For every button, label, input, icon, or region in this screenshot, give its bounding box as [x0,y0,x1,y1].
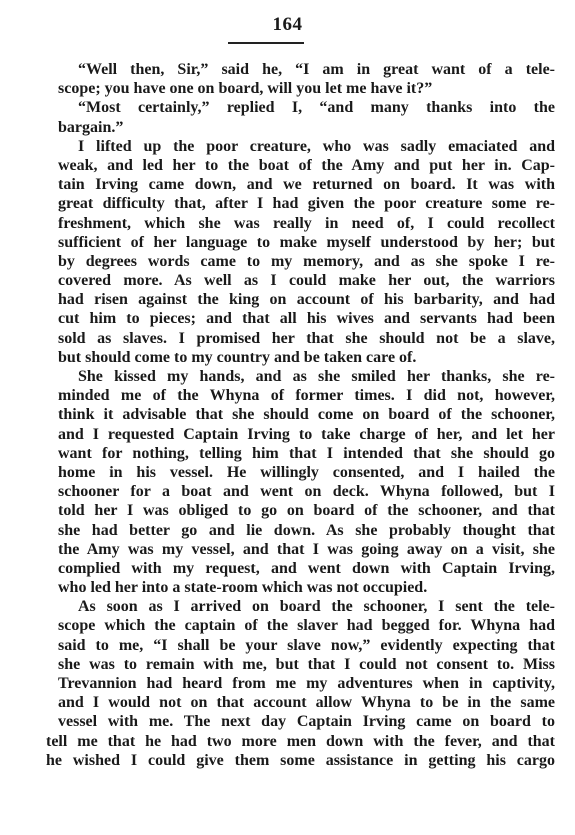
text-line: told her I was obliged to go on board of… [58,501,555,520]
text-line: want for nothing, telling him that I int… [58,444,555,463]
text-line: sold as slaves. I promised her that she … [58,329,555,348]
text-line: Trevannion had heard from me my adventur… [58,674,555,693]
text-line: weak, and led her to the boat of the Amy… [58,156,555,175]
text-line: covered more. As well as I could make he… [58,271,555,290]
text-line: the Amy was my vessel, and that I was go… [58,540,555,559]
text-line: by degrees words came to my memory, and … [58,252,555,271]
text-line: tell me that he had two more men down wi… [46,732,555,751]
text-line: scope which the captain of the slaver ha… [58,616,555,635]
text-line: cut him to pieces; and that all his wive… [58,309,555,328]
text-line: and I would not on that account allow Wh… [58,693,555,712]
text-line: had risen against the king on account of… [58,290,555,309]
text-line: vessel with me. The next day Captain Irv… [58,712,555,731]
text-line: scope; you have one on board, will you l… [58,79,555,98]
text-line: he wished I could give them some assista… [46,751,555,770]
text-line: “Well then, Sir,” said he, “I am in grea… [58,60,555,79]
text-line: think it advisable that she should come … [58,405,555,424]
text-line: said to me, “I shall be your slave now,”… [58,636,555,655]
text-line: and I requested Captain Irving to take c… [58,425,555,444]
text-line: but should come to my country and be tak… [58,348,555,367]
header-rule [228,42,304,44]
text-line: schooner for a boat and went on deck. Wh… [58,482,555,501]
text-line: sufficient of her language to make mysel… [58,233,555,252]
text-line: complied with my request, and went down … [58,559,555,578]
text-line: she had better go and lie down. As she p… [58,521,555,540]
text-line: bargain.” [58,118,555,137]
text-line: She kissed my hands, and as she smiled h… [58,367,555,386]
text-line: who led her into a state-room which was … [58,578,555,597]
text-line: tain Irving came down, and we returned o… [58,175,555,194]
text-line: home in his vessel. He willingly consent… [58,463,555,482]
text-line: great difficulty that, after I had given… [58,194,555,213]
page-number: 164 [0,14,575,36]
body-text: “Well then, Sir,” said he, “I am in grea… [58,60,555,770]
text-line: I lifted up the poor creature, who was s… [58,137,555,156]
text-line: she was to remain with me, but that I co… [58,655,555,674]
text-line: minded me of the Whyna of former times. … [58,386,555,405]
text-line: “Most certainly,” replied I, “and many t… [58,98,555,117]
text-line: As soon as I arrived on board the schoon… [58,597,555,616]
text-line: freshment, which she was really in need … [58,214,555,233]
